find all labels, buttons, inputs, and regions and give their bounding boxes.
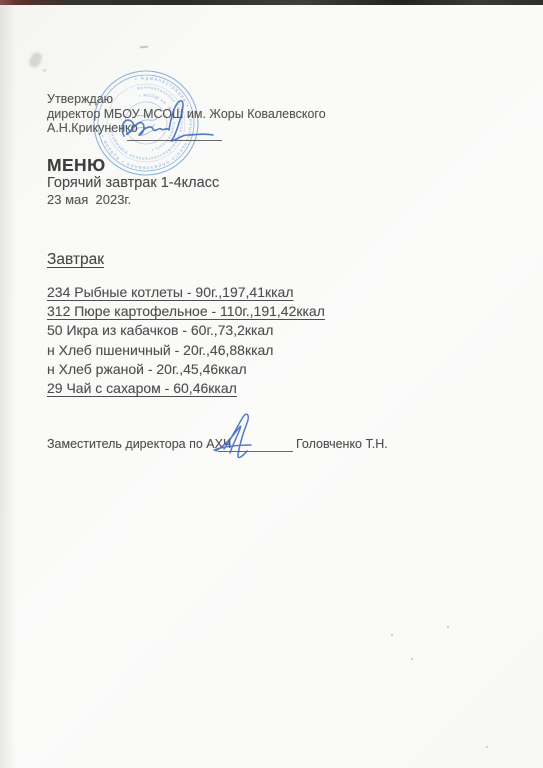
menu-item: н Хлеб пшеничный - 20г.,46,88ккал [47, 341, 325, 360]
dust-speck [391, 634, 393, 636]
section-heading-breakfast: Завтрак [47, 251, 104, 269]
dust-speck [486, 746, 488, 748]
menu-item: н Хлеб ржаной - 20г.,45,46ккал [47, 360, 325, 379]
deputy-signature [210, 413, 274, 463]
menu-title: МЕНЮ [47, 155, 106, 176]
menu-item: 234 Рыбные котлеты - 90г.,197,41ккал [47, 283, 325, 302]
dust-speck [447, 626, 449, 628]
menu-item: 312 Пюре картофельное - 110г.,191,42ккал [47, 302, 325, 321]
director-signature [114, 96, 222, 150]
menu-item-list: 234 Рыбные котлеты - 90г.,197,41ккал 312… [47, 283, 325, 398]
dust-speck [411, 658, 413, 660]
scanner-edge-strip [0, 0, 543, 5]
menu-subtitle: Горячий завтрак 1-4класс [47, 175, 219, 191]
deputy-director-name: Головченко Т.Н. [296, 437, 388, 451]
paper-smudge [28, 51, 43, 70]
scanned-document-page: • Администрации • муниципального образов… [0, 0, 543, 768]
paper-left-shadow [0, 0, 16, 768]
deputy-director-role: Заместитель директора по АХЧ [47, 437, 231, 451]
menu-date: 23 мая 2023г. [47, 192, 131, 207]
stray-pen-mark [140, 46, 148, 49]
approval-word: Утверждаю [47, 92, 113, 107]
menu-item: 50 Икра из кабачков - 60г.,73,2ккал [47, 321, 325, 340]
paper-smudge-dot [43, 69, 46, 72]
menu-item: 29 Чай с сахаром - 60,46ккал [47, 379, 325, 398]
